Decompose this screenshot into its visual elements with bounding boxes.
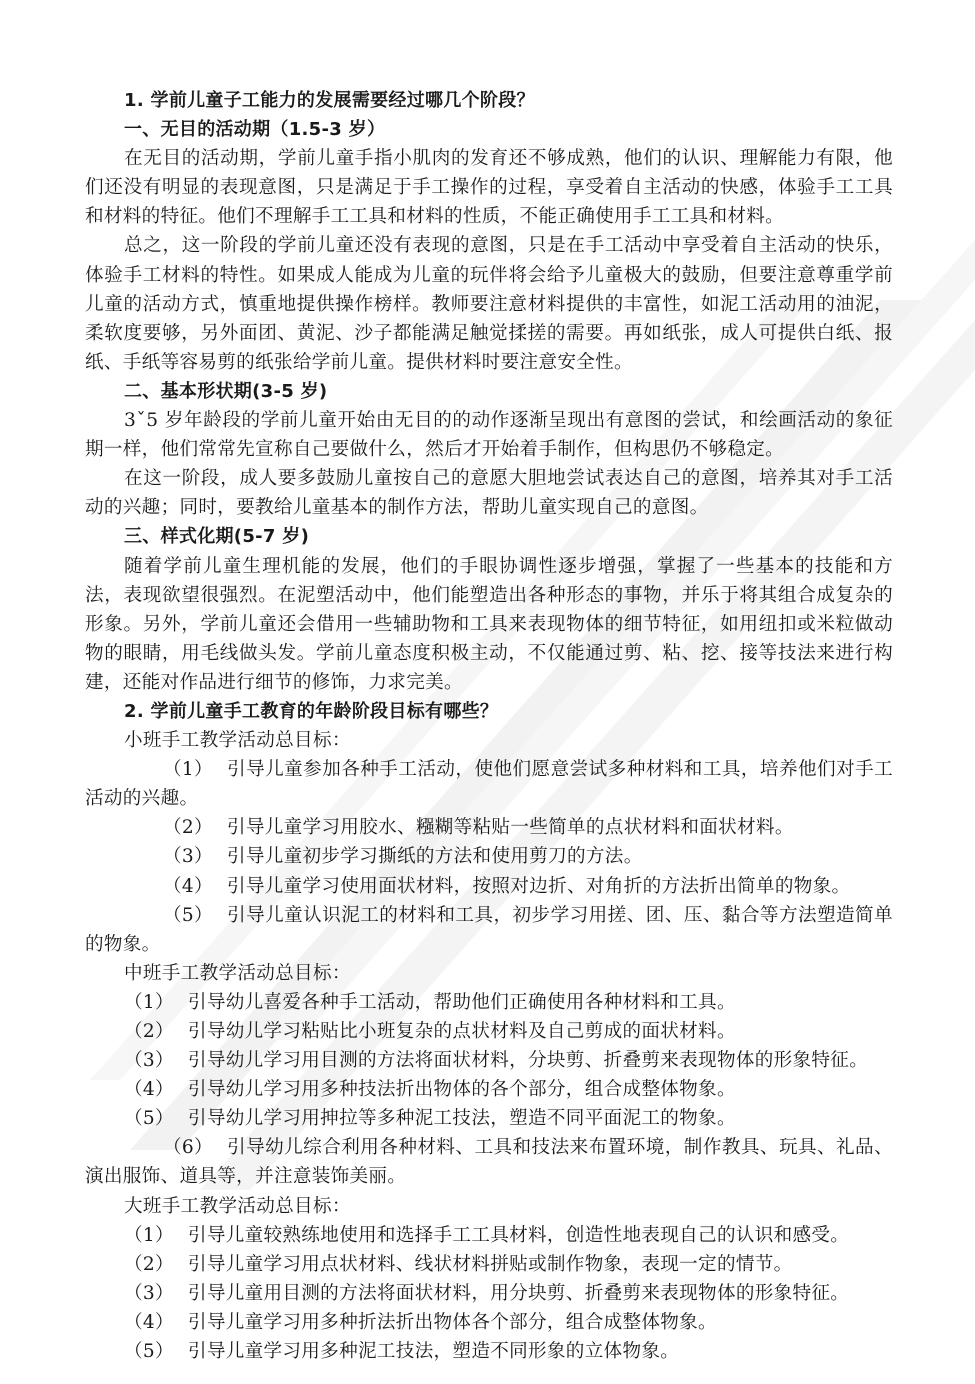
item-number: （4）: [124, 1308, 174, 1337]
stage-2-paragraph: 在这一阶段，成人要多鼓励儿童按自己的意愿大胆地尝试表达自己的意图，培养其对手工活…: [85, 464, 893, 522]
small-class-label: 小班手工教学活动总目标：: [85, 726, 893, 755]
item-text: 引导幼儿学习粘贴比小班复杂的点状材料及自己剪成的面状材料。: [188, 1021, 736, 1042]
item-number: （3）: [124, 1279, 174, 1308]
item-text: 引导幼儿学习用多种技法折出物体的各个部分，组合成整体物象。: [188, 1079, 736, 1100]
item-number: （5）: [124, 901, 213, 930]
stage-2-paragraph: 3ˇ5 岁年龄段的学前儿童开始由无目的的动作逐渐呈现出有意图的尝试，和绘画活动的…: [85, 406, 893, 464]
item-number: （2）: [124, 1017, 174, 1046]
stage-3-paragraph: 随着学前儿童生理机能的发展，他们的手眼协调性逐步增强，掌握了一些基本的技能和方法…: [85, 552, 893, 697]
list-item: （4）引导幼儿学习用多种技法折出物体的各个部分，组合成整体物象。: [85, 1075, 893, 1104]
item-text: 引导儿童学习用多种泥工技法，塑造不同形象的立体物象。: [188, 1341, 679, 1362]
item-number: （4）: [124, 872, 213, 901]
list-item: （3）引导儿童初步学习撕纸的方法和使用剪刀的方法。: [85, 842, 893, 871]
stage-2-heading: 二、基本形状期(3-5 岁): [85, 377, 893, 406]
stage-3-heading: 三、样式化期(5-7 岁): [85, 522, 893, 551]
middle-class-label: 中班手工教学活动总目标：: [85, 959, 893, 988]
document-page: 1. 学前儿童子工能力的发展需要经过哪几个阶段？ 一、无目的活动期（1.5-3 …: [85, 86, 893, 1366]
stage-1-heading: 一、无目的活动期（1.5-3 岁）: [85, 115, 893, 144]
list-item: （4）引导儿童学习用多种折法折出物体各个部分，组合成整体物象。: [85, 1308, 893, 1337]
item-text: 引导幼儿学习用抻拉等多种泥工技法，塑造不同平面泥工的物象。: [188, 1108, 736, 1129]
list-item: （3）引导儿童用目测的方法将面状材料，用分块剪、折叠剪来表现物体的形象特征。: [85, 1279, 893, 1308]
list-item: （2）引导幼儿学习粘贴比小班复杂的点状材料及自己剪成的面状材料。: [85, 1017, 893, 1046]
list-item: （4）引导儿童学习使用面状材料，按照对边折、对角折的方法折出简单的物象。: [85, 872, 893, 901]
list-item: （1）引导幼儿喜爱各种手工活动，帮助他们正确使用各种材料和工具。: [85, 988, 893, 1017]
item-number: （6）: [124, 1133, 213, 1162]
list-item: （1）引导儿童参加各种手工活动，使他们愿意尝试多种材料和工具，培养他们对手工活动…: [85, 755, 893, 813]
item-number: （5）: [124, 1337, 174, 1366]
item-number: （3）: [124, 842, 213, 871]
list-item: （1）引导儿童较熟练地使用和选择手工工具材料，创造性地表现自己的认识和感受。: [85, 1221, 893, 1250]
stage-1-paragraph: 总之，这一阶段的学前儿童还没有表现的意图，只是在手工活动中享受着自主活动的快乐，…: [85, 231, 893, 376]
question-1-title: 1. 学前儿童子工能力的发展需要经过哪几个阶段？: [85, 86, 893, 115]
list-item: （5）引导幼儿学习用抻拉等多种泥工技法，塑造不同平面泥工的物象。: [85, 1104, 893, 1133]
item-number: （1）: [124, 755, 213, 784]
item-number: （5）: [124, 1104, 174, 1133]
item-text: 引导儿童用目测的方法将面状材料，用分块剪、折叠剪来表现物体的形象特征。: [188, 1283, 849, 1304]
stage-1-paragraph: 在无目的活动期，学前儿童手指小肌肉的发育还不够成熟，他们的认识、理解能力有限，他…: [85, 144, 893, 231]
list-item: （6）引导幼儿综合利用各种材料、工具和技法来布置环境，制作教具、玩具、礼品、演出…: [85, 1133, 893, 1191]
item-text: 引导儿童学习使用面状材料，按照对边折、对角折的方法折出简单的物象。: [227, 876, 851, 897]
list-item: （2）引导儿童学习用点状材料、线状材料拼贴或制作物象，表现一定的情节。: [85, 1250, 893, 1279]
item-number: （4）: [124, 1075, 174, 1104]
question-2-title: 2. 学前儿童手工教育的年龄阶段目标有哪些？: [85, 697, 893, 726]
list-item: （5）引导儿童认识泥工的材料和工具，初步学习用搓、团、压、黏合等方法塑造简单的物…: [85, 901, 893, 959]
item-text: 引导儿童学习用胶水、糨糊等粘贴一些简单的点状材料和面状材料。: [227, 817, 794, 838]
item-text: 引导儿童初步学习撕纸的方法和使用剪刀的方法。: [227, 846, 643, 867]
item-text: 引导幼儿喜爱各种手工活动，帮助他们正确使用各种材料和工具。: [188, 992, 736, 1013]
list-item: （2）引导儿童学习用胶水、糨糊等粘贴一些简单的点状材料和面状材料。: [85, 813, 893, 842]
list-item: （5）引导儿童学习用多种泥工技法，塑造不同形象的立体物象。: [85, 1337, 893, 1366]
item-text: 引导儿童较熟练地使用和选择手工工具材料，创造性地表现自己的认识和感受。: [188, 1225, 849, 1246]
item-number: （1）: [124, 988, 174, 1017]
item-text: 引导儿童学习用多种折法折出物体各个部分，组合成整体物象。: [188, 1312, 717, 1333]
item-text: 引导儿童学习用点状材料、线状材料拼贴或制作物象，表现一定的情节。: [188, 1254, 793, 1275]
item-number: （2）: [124, 813, 213, 842]
item-number: （2）: [124, 1250, 174, 1279]
item-number: （1）: [124, 1221, 174, 1250]
item-text: 引导幼儿学习用目测的方法将面状材料，分块剪、折叠剪来表现物体的形象特征。: [188, 1050, 868, 1071]
item-number: （3）: [124, 1046, 174, 1075]
large-class-label: 大班手工教学活动总目标：: [85, 1192, 893, 1221]
list-item: （3）引导幼儿学习用目测的方法将面状材料，分块剪、折叠剪来表现物体的形象特征。: [85, 1046, 893, 1075]
